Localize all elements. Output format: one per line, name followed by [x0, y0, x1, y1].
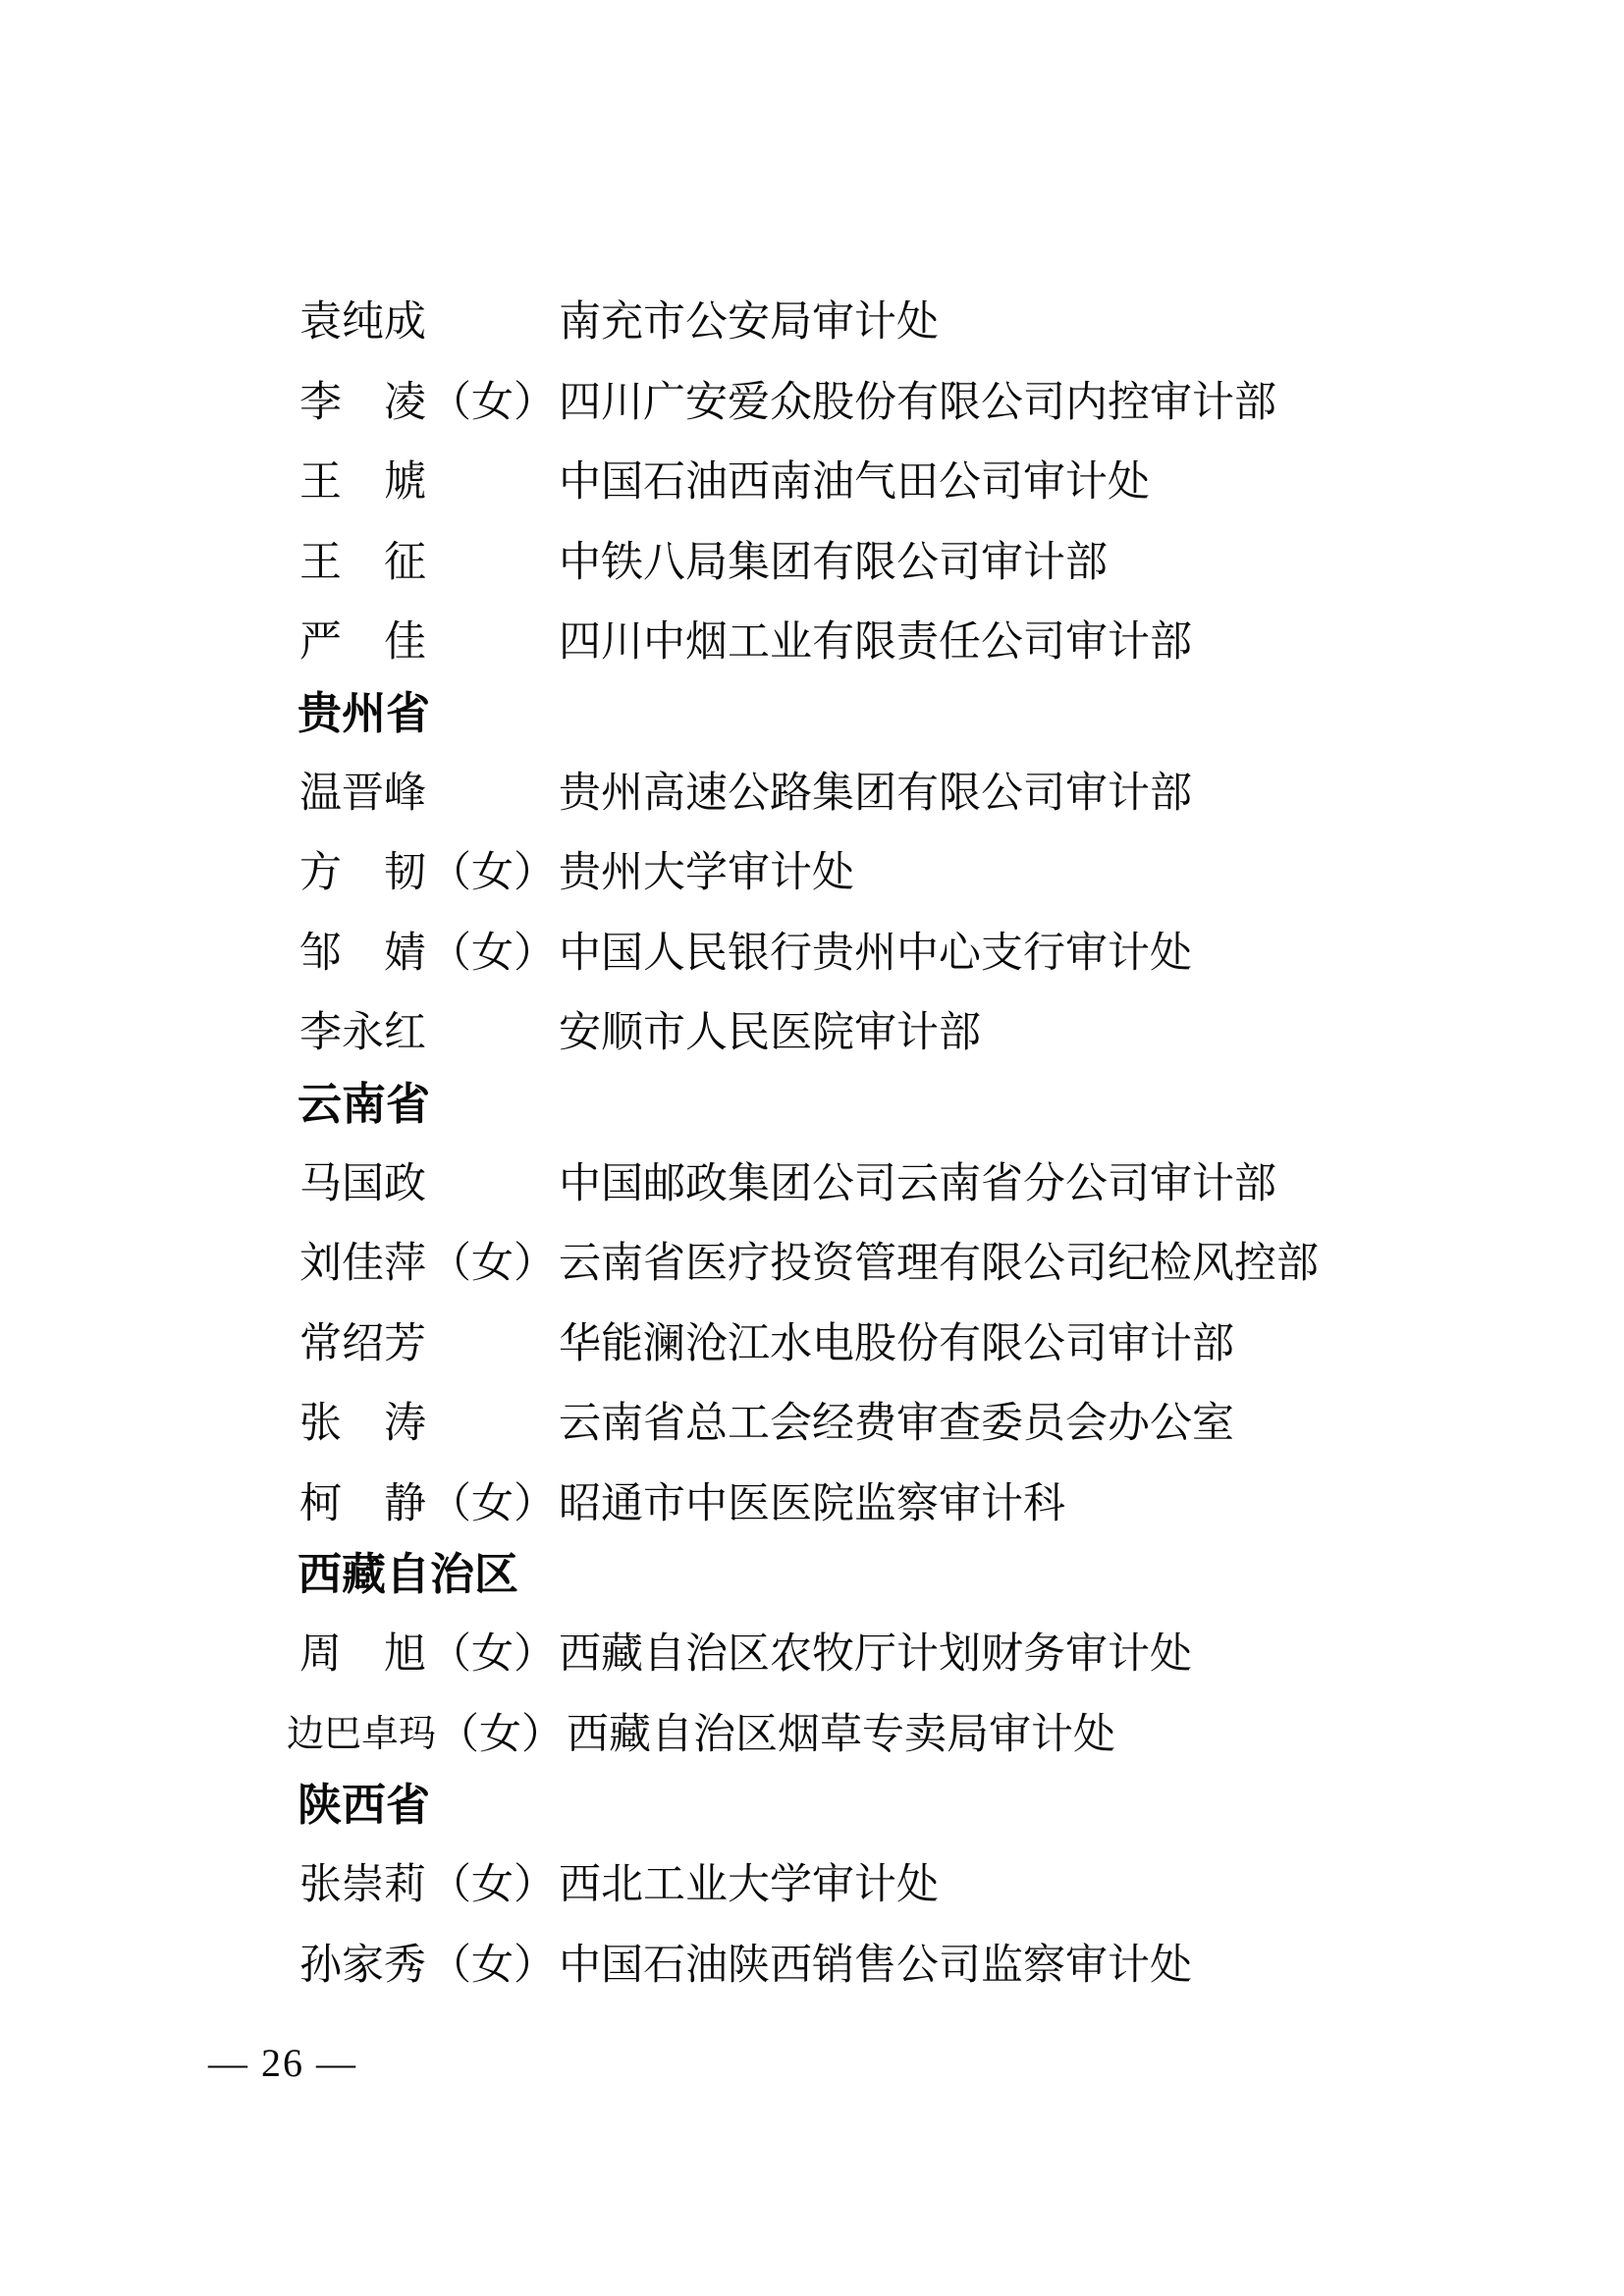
- person-row: 温晋峰贵州高速公路集团有限公司审计部: [299, 772, 1192, 816]
- person-org: 中国人民银行贵州中心支行审计处: [559, 932, 1192, 976]
- person-org: 贵州高速公路集团有限公司审计部: [559, 772, 1192, 816]
- person-name: 常绍芳: [299, 1322, 429, 1366]
- province-section-header: 西藏自治区: [298, 1551, 518, 1597]
- female-marker: （女）: [429, 381, 559, 425]
- female-marker: （女）: [429, 851, 559, 895]
- female-marker: （女）: [429, 1632, 559, 1677]
- person-row: 严 佳四川中烟工业有限责任公司审计部: [299, 620, 1192, 665]
- person-org: 西藏自治区烟草专卖局审计处: [567, 1713, 1115, 1757]
- person-name: 王 虓: [299, 460, 429, 505]
- person-org: 云南省总工会经费审查委员会办公室: [559, 1402, 1234, 1446]
- person-org: 西北工业大学审计处: [559, 1863, 939, 1907]
- person-name: 马国政: [299, 1162, 429, 1206]
- person-row: 周 旭（女）西藏自治区农牧厅计划财务审计处: [299, 1632, 1192, 1677]
- person-org: 云南省医疗投资管理有限公司纪检风控部: [559, 1242, 1319, 1286]
- person-name: 张崇莉: [299, 1863, 429, 1907]
- person-org: 贵州大学审计处: [559, 851, 854, 895]
- female-marker: （女）: [429, 1482, 559, 1526]
- person-org: 四川中烟工业有限责任公司审计部: [559, 620, 1192, 665]
- person-org: 中国石油陕西销售公司监察审计处: [559, 1944, 1192, 1988]
- province-section-header: 陕西省: [298, 1782, 430, 1828]
- document-page: 袁纯成南充市公安局审计处李 凌（女）四川广安爱众股份有限公司内控审计部王 虓中国…: [0, 0, 1624, 2296]
- person-name: 方 韧: [299, 851, 429, 895]
- person-org: 华能澜沧江水电股份有限公司审计部: [559, 1322, 1234, 1366]
- person-row: 张 涛云南省总工会经费审查委员会办公室: [299, 1402, 1234, 1446]
- person-name: 刘佳萍: [299, 1242, 429, 1286]
- person-org: 中国石油西南油气田公司审计处: [559, 460, 1150, 505]
- person-row: 王 征中铁八局集团有限公司审计部: [299, 541, 1108, 585]
- person-row: 李 凌（女）四川广安爱众股份有限公司内控审计部: [299, 381, 1276, 425]
- person-row: 王 虓中国石油西南油气田公司审计处: [299, 460, 1150, 505]
- female-marker: （女）: [429, 1242, 559, 1286]
- female-marker: （女）: [437, 1713, 567, 1757]
- person-row: 柯 静（女）昭通市中医医院监察审计科: [299, 1482, 1065, 1526]
- person-row: 边巴卓玛（女）西藏自治区烟草专卖局审计处: [299, 1713, 1115, 1757]
- person-org: 昭通市中医医院监察审计科: [559, 1482, 1065, 1526]
- province-section-header: 云南省: [298, 1081, 430, 1127]
- person-row: 刘佳萍（女）云南省医疗投资管理有限公司纪检风控部: [299, 1242, 1319, 1286]
- person-org: 安顺市人民医院审计部: [559, 1011, 981, 1055]
- person-name: 孙家秀: [299, 1944, 429, 1988]
- person-name: 李 凌: [299, 381, 429, 425]
- province-section-header: 贵州省: [298, 690, 430, 736]
- person-name: 温晋峰: [299, 772, 429, 816]
- person-row: 李永红安顺市人民医院审计部: [299, 1011, 981, 1055]
- person-name: 张 涛: [299, 1402, 429, 1446]
- person-name: 边巴卓玛: [287, 1713, 437, 1757]
- female-marker: （女）: [429, 1863, 559, 1907]
- person-row: 袁纯成南充市公安局审计处: [299, 300, 939, 345]
- person-name: 李永红: [299, 1011, 429, 1055]
- person-row: 孙家秀（女）中国石油陕西销售公司监察审计处: [299, 1944, 1192, 1988]
- person-name: 周 旭: [299, 1632, 429, 1677]
- female-marker: （女）: [429, 1944, 559, 1988]
- page-number-footer: — 26 —: [208, 2044, 357, 2083]
- person-name: 邹 婧: [299, 932, 429, 976]
- person-name: 王 征: [299, 541, 429, 585]
- person-org: 四川广安爱众股份有限公司内控审计部: [559, 381, 1276, 425]
- person-name: 柯 静: [299, 1482, 429, 1526]
- person-org: 中国邮政集团公司云南省分公司审计部: [559, 1162, 1276, 1206]
- person-row: 常绍芳华能澜沧江水电股份有限公司审计部: [299, 1322, 1234, 1366]
- person-row: 马国政中国邮政集团公司云南省分公司审计部: [299, 1162, 1276, 1206]
- person-name: 严 佳: [299, 620, 429, 665]
- person-org: 中铁八局集团有限公司审计部: [559, 541, 1108, 585]
- female-marker: （女）: [429, 932, 559, 976]
- person-row: 邹 婧（女）中国人民银行贵州中心支行审计处: [299, 932, 1192, 976]
- person-row: 张崇莉（女）西北工业大学审计处: [299, 1863, 939, 1907]
- person-row: 方 韧（女）贵州大学审计处: [299, 851, 854, 895]
- person-name: 袁纯成: [299, 300, 429, 345]
- person-org: 南充市公安局审计处: [559, 300, 939, 345]
- person-org: 西藏自治区农牧厅计划财务审计处: [559, 1632, 1192, 1677]
